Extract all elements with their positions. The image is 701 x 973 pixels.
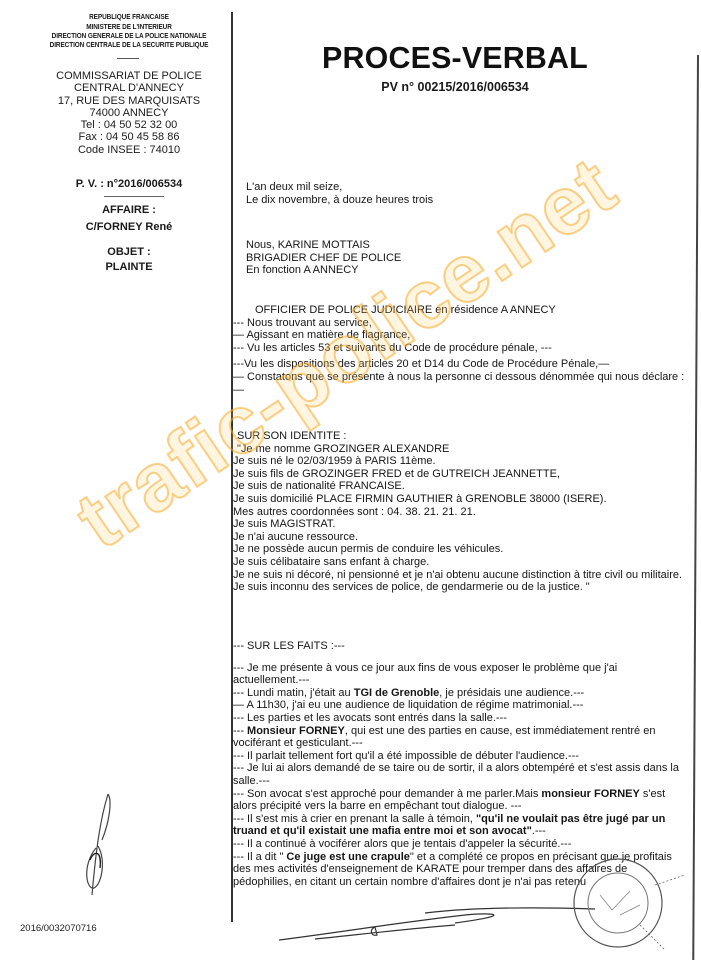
- preamble-line: — Agissant en matière de flagrance,: [233, 329, 693, 342]
- fact-paragraph: --- Il s'est mis à crier en prenant la s…: [233, 813, 688, 838]
- preamble-line: — Constatons que se présente à nous la p…: [233, 371, 688, 396]
- fact-paragraph: — A 11h30, j'ai eu une audience de liqui…: [233, 699, 688, 712]
- identity-line: Je ne suis ni décoré, ni pensionné et je…: [233, 569, 688, 582]
- office-line: Tel : 04 50 52 32 00: [20, 119, 238, 131]
- fact-paragraph: --- Je lui ai alors demandé de se taire …: [233, 762, 688, 787]
- identity-lines: "Je me nomme GROZINGER ALEXANDREJe suis …: [233, 443, 693, 594]
- office-address: COMMISSARIAT DE POLICE CENTRAL D'ANNECY …: [20, 70, 238, 156]
- document-title: PROCES-VERBAL: [308, 40, 602, 76]
- identity-line: "Je me nomme GROZINGER ALEXANDRE: [233, 443, 692, 456]
- date-line: Le dix novembre, à douze heures trois: [246, 194, 701, 207]
- affaire-label: AFFAIRE :: [20, 204, 238, 217]
- pv-number: PV n° 00215/2016/006534: [305, 80, 605, 94]
- facts-section: --- SUR LES FAITS :--- --- Je me présent…: [233, 640, 693, 888]
- identity-line: Je n'ai aucune ressource.: [233, 531, 688, 544]
- identity-line: Je suis né le 02/03/1959 à PARIS 11ème.: [233, 455, 688, 468]
- preamble-line: OFFICIER DE POLICE JUDICIAIRE en résiden…: [233, 304, 693, 317]
- affaire-value: C/FORNEY René: [20, 221, 238, 234]
- preamble-line: ---Vu les dispositions des articles 20 e…: [233, 358, 693, 371]
- office-line: Fax : 04 50 45 58 86: [20, 131, 238, 143]
- ministry-label: MINISTERE DE L'INTERIEUR: [29, 24, 230, 33]
- fact-paragraph: --- Il parlait tellement fort qu'il a ét…: [233, 750, 688, 763]
- office-line: Code INSEE : 74010: [20, 144, 238, 156]
- officer-line: BRIGADIER CHEF DE POLICE: [246, 252, 701, 265]
- signature-icon: [275, 905, 595, 945]
- officer-block: Nous, KARINE MOTTAIS BRIGADIER CHEF DE P…: [246, 239, 701, 277]
- identity-line: Je suis célibataire sans enfant à charge…: [233, 556, 688, 569]
- identity-line: Je suis inconnu des services de police, …: [233, 581, 688, 594]
- identity-line: Mes autres coordonnées sont : 04. 38. 21…: [233, 506, 688, 519]
- fact-paragraph: --- Son avocat s'est approché pour deman…: [233, 788, 688, 813]
- official-stamp-icon: [560, 855, 690, 955]
- officer-line: Nous, KARINE MOTTAIS: [246, 239, 701, 252]
- preamble-line: --- Vu les articles 53 et suivants du Co…: [233, 342, 693, 355]
- identity-section: SUR SON IDENTITE : "Je me nomme GROZINGE…: [233, 430, 693, 594]
- fact-paragraph: --- Lundi matin, j'était au TGI de Greno…: [233, 687, 688, 700]
- office-line: 17, RUE DES MARQUISATS: [20, 95, 238, 107]
- fact-paragraph: --- Il a continué à vociférer alors que …: [233, 838, 688, 851]
- office-line: 74000 ANNECY: [20, 107, 238, 119]
- signature-icon: [80, 790, 120, 900]
- identity-line: Je suis de nationalité FRANCAISE.: [233, 480, 688, 493]
- document-id: 2016/0032070716: [20, 923, 97, 934]
- fact-paragraph: --- Je me présente à vous ce jour aux fi…: [233, 662, 688, 687]
- header-separator: [117, 58, 139, 59]
- preamble-line: --- Nous trouvant au service,: [233, 317, 693, 330]
- date-line: L'an deux mil seize,: [246, 181, 701, 194]
- preamble: OFFICIER DE POLICE JUDICIAIRE en résiden…: [233, 304, 693, 396]
- objet-label: OBJET :: [20, 246, 238, 259]
- objet-value: PLAINTE: [20, 261, 238, 274]
- facts-heading: --- SUR LES FAITS :---: [233, 640, 693, 653]
- identity-line: Je ne possède aucun permis de conduire l…: [233, 543, 688, 556]
- fact-paragraph: --- Monsieur FORNEY, qui est une des par…: [233, 725, 688, 750]
- officer-line: En fonction A ANNECY: [246, 264, 701, 277]
- date-block: L'an deux mil seize, Le dix novembre, à …: [246, 181, 701, 206]
- identity-heading: SUR SON IDENTITE :: [233, 430, 693, 443]
- office-line: COMMISSARIAT DE POLICE: [20, 70, 238, 82]
- identity-line: Je suis fils de GROZINGER FRED et de GUT…: [233, 468, 688, 481]
- pv-separator: [104, 196, 164, 197]
- fact-paragraph: --- Les parties et les avocats sont entr…: [233, 712, 688, 725]
- identity-line: Je suis MAGISTRAT.: [233, 518, 688, 531]
- direction-centrale-label: DIRECTION CENTRALE DE LA SECURITE PUBLIQ…: [29, 42, 230, 51]
- pv-reference: P. V. : n°2016/006534: [20, 178, 238, 191]
- office-line: CENTRAL D'ANNECY: [20, 82, 238, 94]
- republic-label: REPUBLIQUE FRANCAISE: [29, 14, 230, 23]
- direction-generale-label: DIRECTION GENERALE DE LA POLICE NATIONAL…: [29, 33, 230, 42]
- identity-line: Je suis domicilié PLACE FIRMIN GAUTHIER …: [233, 493, 688, 506]
